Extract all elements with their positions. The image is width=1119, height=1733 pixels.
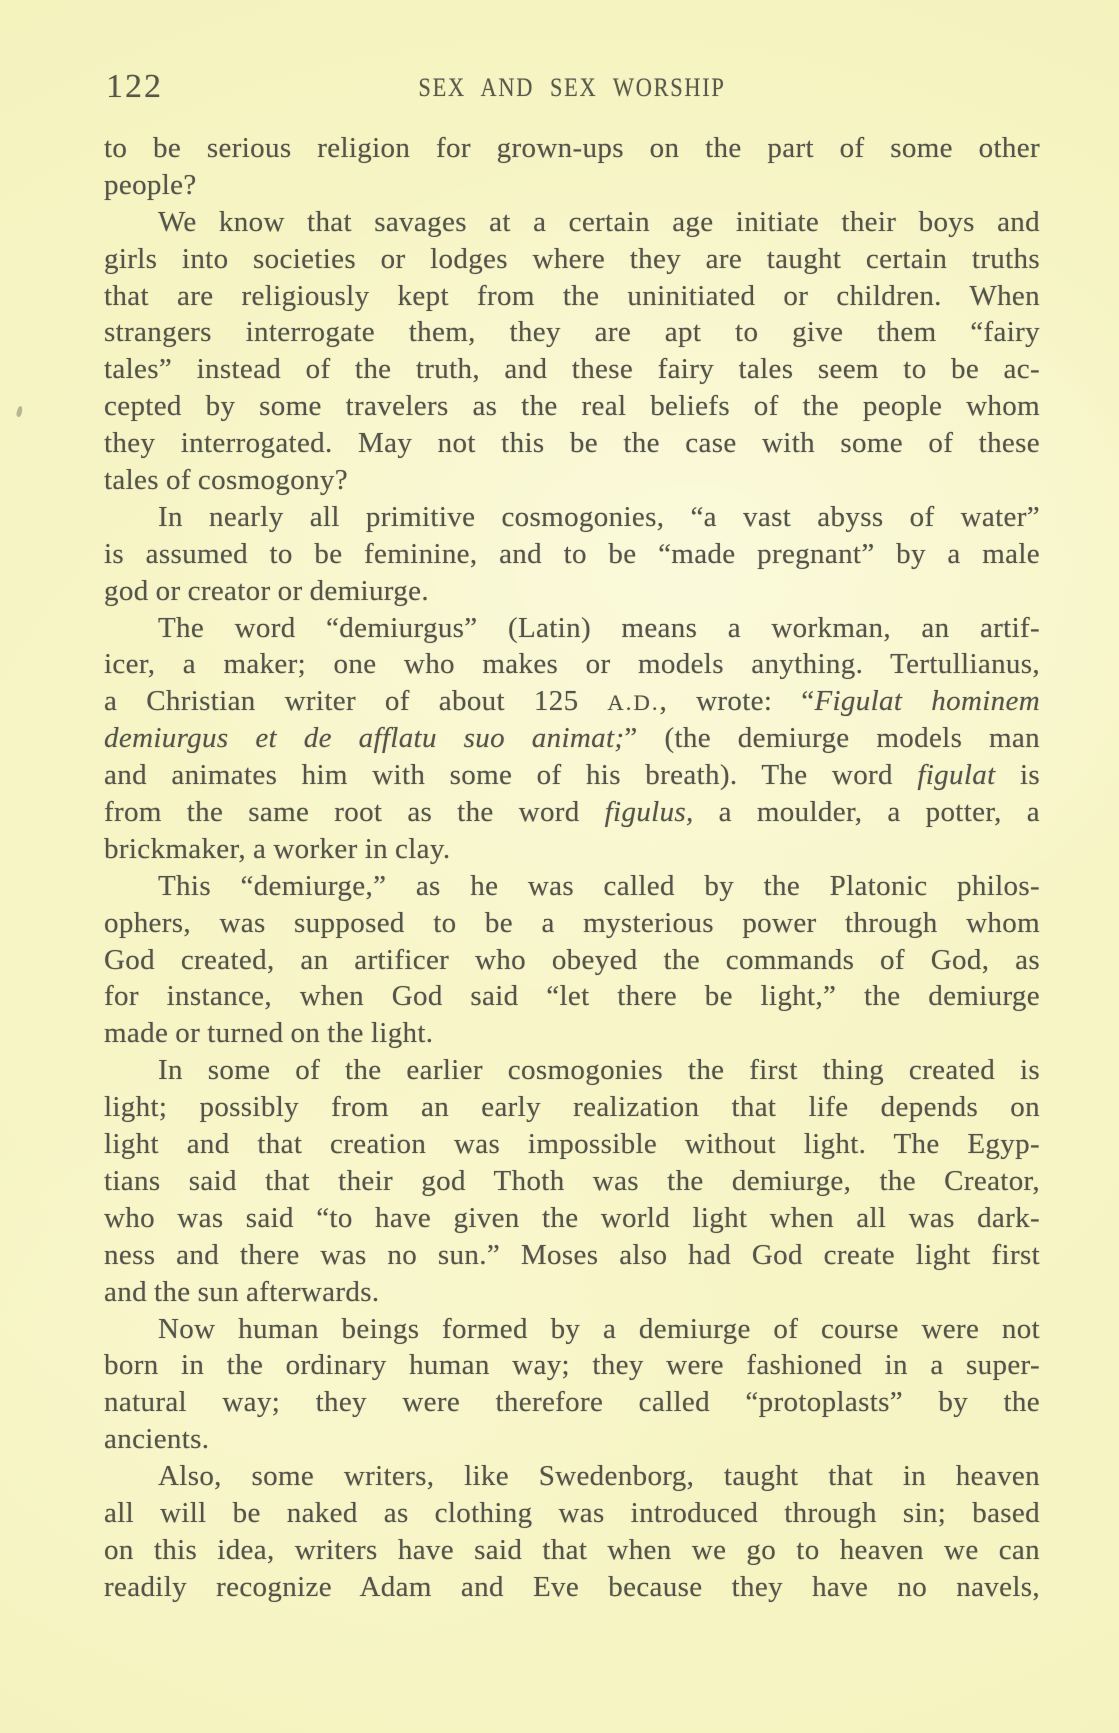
text-line: born in the ordinary human way; they wer… (104, 1347, 1040, 1384)
text-line: on this idea, writers have said that whe… (104, 1532, 1040, 1569)
text-line: from the same root as the word figulus, … (104, 794, 1040, 831)
running-header-title: SEX AND SEX WORSHIP (170, 75, 975, 101)
text-line: icer, a maker; one who makes or models a… (104, 646, 1040, 683)
text-line: Also, some writers, like Swedenborg, tau… (104, 1458, 1040, 1495)
text-line: In some of the earlier cosmogonies the f… (104, 1052, 1040, 1089)
text-line: to be serious religion for grown-ups on … (104, 130, 1040, 167)
text-line: and animates him with some of his breath… (104, 757, 1040, 794)
text-run: , wrote: “ (660, 685, 815, 717)
italic-run: Figulat hominem (814, 685, 1040, 717)
text-line: ness and there was no sun.” Moses also h… (104, 1237, 1040, 1274)
text-run: from the same root as the word (104, 796, 605, 828)
text-line: cepted by some travelers as the real bel… (104, 388, 1040, 425)
text-line: ancients. (104, 1421, 1040, 1458)
text-line: people? (104, 167, 1040, 204)
page-header: 122 SEX AND SEX WORSHIP (104, 70, 1040, 110)
text-line: a Christian writer of about 125 A.D., wr… (104, 683, 1040, 720)
text-line: This “demiurge,” as he was called by the… (104, 868, 1040, 905)
text-line: brickmaker, a worker in clay. (104, 831, 1040, 868)
paragraph: In nearly all primitive cosmogonies, “a … (104, 499, 1040, 610)
text-line: all will be naked as clothing was introd… (104, 1495, 1040, 1532)
text-line: that are religiously kept from the unini… (104, 278, 1040, 315)
text-line: girls into societies or lodges where the… (104, 241, 1040, 278)
scan-speck-artifact (16, 406, 24, 418)
paragraph: In some of the earlier cosmogonies the f… (104, 1052, 1040, 1310)
paragraph: We know that savages at a certain age in… (104, 204, 1040, 499)
text-line: tales of cosmogony? (104, 462, 1040, 499)
text-run: is (996, 759, 1040, 791)
text-run: and animates him with some of his breath… (104, 759, 917, 791)
text-line: natural way; they were therefore called … (104, 1384, 1040, 1421)
italic-run: demiurgus et de afflatu suo animat; (104, 722, 624, 754)
text-line: light; possibly from an early realizatio… (104, 1089, 1040, 1126)
text-line: In nearly all primitive cosmogonies, “a … (104, 499, 1040, 536)
text-line: who was said “to have given the world li… (104, 1200, 1040, 1237)
text-line: tales” instead of the truth, and these f… (104, 351, 1040, 388)
paragraph: The word “demiurgus” (Latin) means a wor… (104, 610, 1040, 868)
smallcaps-run: A.D. (607, 690, 659, 715)
book-page: 122 SEX AND SEX WORSHIP to be serious re… (0, 0, 1119, 1733)
text-line: for instance, when God said “let there b… (104, 978, 1040, 1015)
text-run: ” (the demiurge models man (624, 722, 1040, 754)
text-line: god or creator or demiurge. (104, 573, 1040, 610)
text-line: they interrogated. May not this be the c… (104, 425, 1040, 462)
text-line: readily recognize Adam and Eve because t… (104, 1569, 1040, 1606)
text-line: light and that creation was impossible w… (104, 1126, 1040, 1163)
text-line: and the sun afterwards. (104, 1274, 1040, 1311)
text-line: God created, an artificer who obeyed the… (104, 942, 1040, 979)
text-line: tians said that their god Thoth was the … (104, 1163, 1040, 1200)
page-text: to be serious religion for grown-ups on … (104, 130, 1040, 1606)
italic-run: figulat (917, 759, 995, 791)
text-line: The word “demiurgus” (Latin) means a wor… (104, 610, 1040, 647)
text-line: strangers interrogate them, they are apt… (104, 314, 1040, 351)
paragraph: This “demiurge,” as he was called by the… (104, 868, 1040, 1052)
page-number: 122 (106, 70, 163, 104)
text-line: We know that savages at a certain age in… (104, 204, 1040, 241)
text-run: a Christian writer of about 125 (104, 685, 607, 717)
paragraph: Also, some writers, like Swedenborg, tau… (104, 1458, 1040, 1606)
text-run: a moulder, a potter, a (694, 796, 1040, 828)
paragraph: to be serious religion for grown-ups on … (104, 130, 1040, 204)
text-line: Now human beings formed by a demiurge of… (104, 1311, 1040, 1348)
paragraph: Now human beings formed by a demiurge of… (104, 1311, 1040, 1459)
italic-run: figulus, (605, 796, 694, 828)
text-line: demiurgus et de afflatu suo animat;” (th… (104, 720, 1040, 757)
text-line: is assumed to be feminine, and to be “ma… (104, 536, 1040, 573)
text-line: made or turned on the light. (104, 1015, 1040, 1052)
text-line: ophers, was supposed to be a mysterious … (104, 905, 1040, 942)
